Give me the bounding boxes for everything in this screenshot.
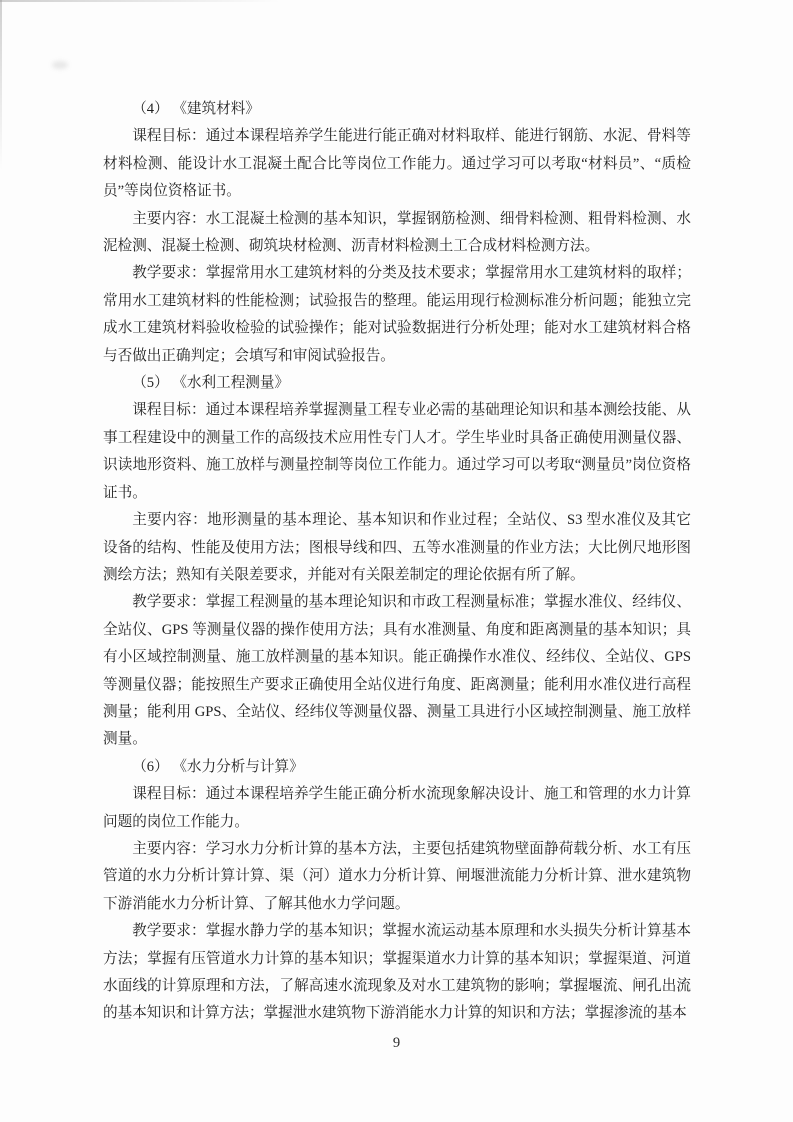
section-4-main-content-paragraph: 主要内容：水工混凝土检测的基本知识，掌握钢筋检测、细骨料检测、粗骨料检测、水泥检…	[103, 206, 691, 261]
section-6-main-content-paragraph: 主要内容：学习水力分析计算的基本方法，主要包括建筑物壁面静荷载分析、水工有压管道…	[103, 836, 691, 918]
document-page: （4） 《建筑材料》 课程目标：通过本课程培养学生能进行能正确对材料取样、能进行…	[0, 0, 793, 1122]
scan-smudge-artifact	[52, 61, 68, 69]
section-4-course-goal-paragraph: 课程目标：通过本课程培养学生能进行能正确对材料取样、能进行钢筋、水泥、骨料等材料…	[103, 123, 691, 205]
scan-edge-left-artifact	[0, 0, 2, 170]
section-4-teaching-requirements-paragraph: 教学要求：掌握常用水工建筑材料的分类及技术要求；掌握常用水工建筑材料的取样；常用…	[103, 260, 691, 370]
page-number: 9	[0, 1030, 793, 1057]
section-6-teaching-requirements-paragraph: 教学要求：掌握水静力学的基本知识；掌握水流运动基本原理和水头损失分析计算基本方法…	[103, 918, 691, 1028]
section-4-heading: （4） 《建筑材料》	[103, 96, 691, 123]
section-5-course-goal-paragraph: 课程目标：通过本课程培养掌握测量工程专业必需的基础理论知识和基本测绘技能、从事工…	[103, 397, 691, 507]
section-5-teaching-requirements-paragraph: 教学要求：掌握工程测量的基本理论知识和市政工程测量标准；掌握水准仪、经纬仪、全站…	[103, 589, 691, 753]
document-content: （4） 《建筑材料》 课程目标：通过本课程培养学生能进行能正确对材料取样、能进行…	[103, 96, 691, 1028]
scan-edge-top-artifact	[0, 0, 280, 2]
section-5-main-content-paragraph: 主要内容：地形测量的基本理论、基本知识和作业过程；全站仪、S3 型水准仪及其它设…	[103, 507, 691, 589]
section-6-heading: （6） 《水力分析与计算》	[103, 754, 691, 781]
section-6-course-goal-paragraph: 课程目标：通过本课程培养学生能正确分析水流现象解决设计、施工和管理的水力计算问题…	[103, 781, 691, 836]
section-5-heading: （5） 《水利工程测量》	[103, 370, 691, 397]
